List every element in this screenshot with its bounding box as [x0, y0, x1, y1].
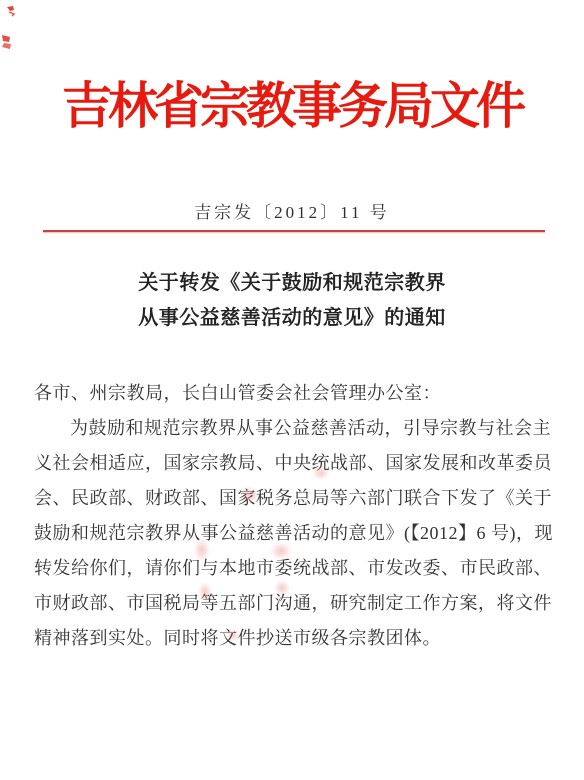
document-title-line1: 关于转发《关于鼓励和规范宗教界	[0, 266, 584, 301]
salutation-line: 各市、州宗教局，长白山管委会社会管理办公室：	[34, 376, 552, 411]
body-line: 转发给你们，请你们与本地市委统战部、市发改委、市民政部、	[34, 551, 552, 586]
document-number: 吉宗发〔2012〕11 号	[0, 202, 584, 224]
body-line: 精神落到实处。同时将文件抄送市级各宗教团体。	[34, 621, 552, 656]
body-line: 市财政部、市国税局等五部门沟通，研究制定工作方案，将文件	[34, 586, 552, 621]
body-line: 为鼓励和规范宗教界从事公益慈善活动，引导宗教与社会主	[34, 411, 552, 446]
document-page: 吉林省宗教事务局文件 吉宗发〔2012〕11 号 关于转发《关于鼓励和规范宗教界…	[0, 0, 584, 780]
issuing-agency-header: 吉林省宗教事务局文件	[0, 80, 584, 132]
document-title: 关于转发《关于鼓励和规范宗教界 从事公益慈善活动的意见》的通知	[0, 266, 584, 336]
header-divider-rule	[43, 230, 545, 232]
body-line: 会、民政部、财政部、国家税务总局等六部门联合下发了《关于	[34, 481, 552, 516]
body-line: 鼓励和规范宗教界从事公益慈善活动的意见》(【2012】6 号)，现	[34, 516, 552, 551]
red-speck-icon	[0, 34, 14, 50]
document-body: 各市、州宗教局，长白山管委会社会管理办公室： 为鼓励和规范宗教界从事公益慈善活动…	[34, 376, 552, 656]
red-speck-icon	[6, 5, 16, 17]
body-line: 义社会相适应，国家宗教局、中央统战部、国家发展和改革委员	[34, 446, 552, 481]
document-title-line2: 从事公益慈善活动的意见》的通知	[0, 301, 584, 336]
